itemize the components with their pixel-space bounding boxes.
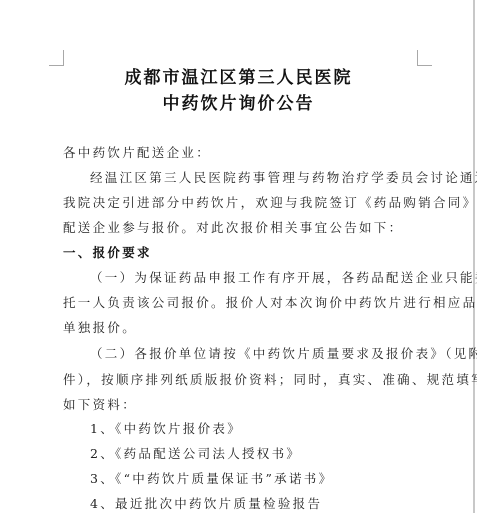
margin-corner-mark-right <box>417 50 432 66</box>
material-item-1: 1、《中药饮片报价表》 <box>90 421 242 437</box>
item2-line-3: 如下资料： <box>63 397 137 413</box>
document-title-line1: 成都市温江区第三人民医院 <box>0 68 477 88</box>
item2-line-2: 件），按顺序排列纸质版报价资料；同时，真实、准确、规范填写 <box>63 372 477 388</box>
document-title-line2: 中药饮片询价公告 <box>0 94 477 114</box>
section-heading-quote-requirements: 一、报价要求 <box>63 245 152 261</box>
salutation: 各中药饮片配送企业： <box>63 145 211 161</box>
item2-line-1: （二）各报价单位请按《中药饮片质量要求及报价表》（见附 <box>90 346 477 362</box>
material-item-3: 3、《“中药饮片质量保证书”承诺书》 <box>90 471 333 487</box>
item1-line-3: 单独报价。 <box>63 320 137 336</box>
material-item-2: 2、《药品配送公司法人授权书》 <box>90 446 301 462</box>
document-page: 成都市温江区第三人民医院 中药饮片询价公告 各中药饮片配送企业： 经温江区第三人… <box>0 0 475 513</box>
intro-line-1: 经温江区第三人民医院药事管理与药物治疗学委员会讨论通过， <box>90 170 477 186</box>
material-item-4: 4、最近批次中药饮片质量检验报告 <box>90 496 322 512</box>
intro-line-2: 我院决定引进部分中药饮片，欢迎与我院签订《药品购销合同》的 <box>63 195 477 211</box>
item1-line-2: 托一人负责该公司报价。报价人对本次询价中药饮片进行相应品规 <box>63 295 477 311</box>
item1-line-1: （一）为保证药品申报工作有序开展，各药品配送企业只能委 <box>90 270 477 286</box>
intro-line-3: 配送企业参与报价。对此次报价相关事宜公告如下： <box>63 220 403 236</box>
margin-corner-mark-left <box>49 50 64 66</box>
